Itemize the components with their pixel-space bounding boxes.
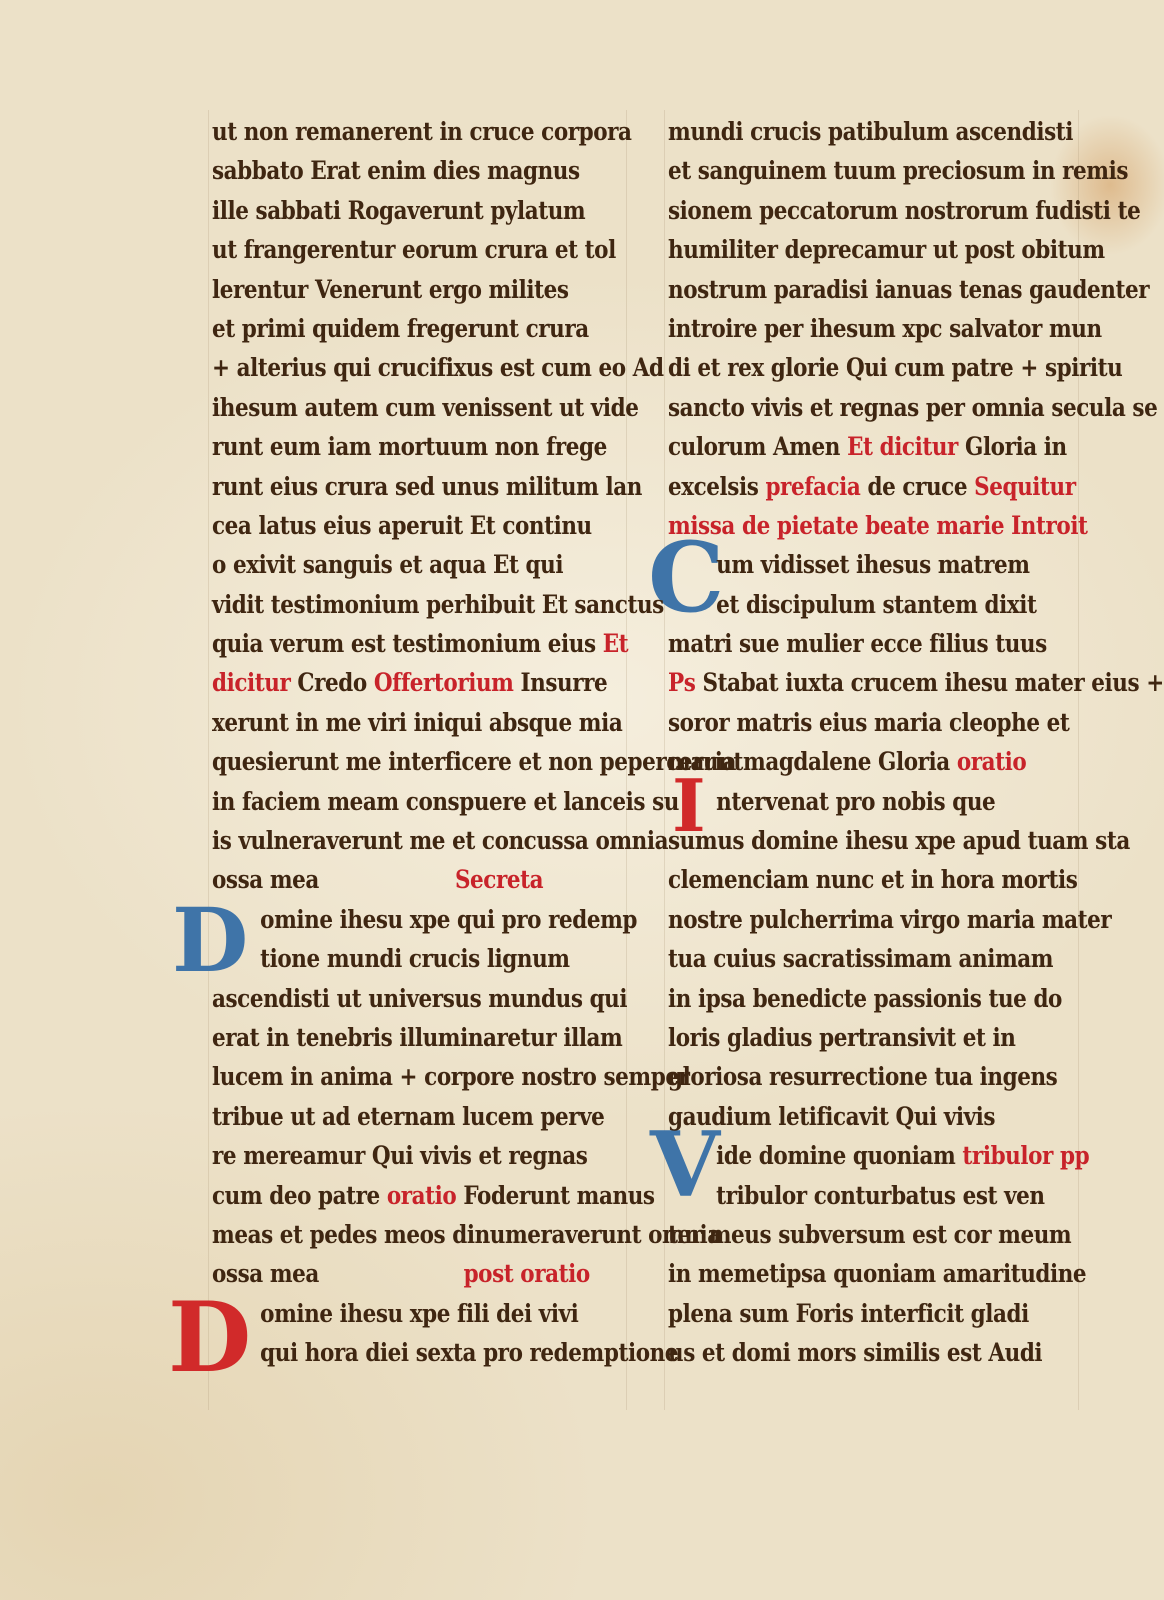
text-line: ihesum autem cum venissent ut vide xyxy=(212,388,573,427)
text-line: tribue ut ad eternam lucem perve xyxy=(212,1097,573,1136)
text-line: et discipulum stantem dixit xyxy=(668,585,1029,624)
text-line: ntervenat pro nobis que xyxy=(668,782,1029,821)
text-line: re mereamur Qui vivis et regnas xyxy=(212,1136,573,1175)
text-line: introire per ihesum xpc salvator mun xyxy=(668,309,1029,348)
text-line: mundi crucis patibulum ascendisti xyxy=(668,112,1029,151)
text-span: cum deo patre xyxy=(212,1181,380,1210)
text-span: culorum Amen xyxy=(668,432,840,461)
text-line: gloriosa resurrectione tua ingens xyxy=(668,1057,1029,1096)
text-span: Gloria in xyxy=(965,432,1067,461)
text-line: us et domi mors similis est Audi xyxy=(668,1333,1029,1372)
text-line: Ps Stabat iuxta crucem ihesu mater eius … xyxy=(668,663,1029,702)
text-line: et primi quidem fregerunt crura xyxy=(212,309,573,348)
text-span: excelsis xyxy=(668,472,758,501)
text-line: culorum Amen Et dicitur Gloria in xyxy=(668,427,1029,466)
rubric-offertorium: Offertorium xyxy=(374,668,514,697)
text-line: ossa mea post oratio xyxy=(212,1254,573,1293)
text-line: lerentur Venerunt ergo milites xyxy=(212,270,573,309)
rubric-prefacia: prefacia xyxy=(765,472,860,501)
text-line: plena sum Foris interficit gladi xyxy=(668,1294,1029,1333)
text-line: loris gladius pertransivit et in xyxy=(668,1018,1029,1057)
text-line: ut frangerentur eorum crura et tol xyxy=(212,230,573,269)
text-line: runt eius crura sed unus militum lan xyxy=(212,467,573,506)
text-span: de cruce xyxy=(867,472,967,501)
text-span: Foderunt manus xyxy=(463,1181,654,1210)
text-line: sancto vivis et regnas per omnia secula … xyxy=(668,388,1029,427)
text-line: runt eum iam mortuum non frege xyxy=(212,427,573,466)
rubric-oratio: oratio xyxy=(957,747,1026,776)
text-line: nostrum paradisi ianuas tenas gaudenter xyxy=(668,270,1029,309)
text-line: vidit testimonium perhibuit Et sanctus xyxy=(212,585,573,624)
text-line: ille sabbati Rogaverunt pylatum xyxy=(212,191,573,230)
text-line: sionem peccatorum nostrorum fudisti te xyxy=(668,191,1029,230)
text-line: et sanguinem tuum preciosum in remis xyxy=(668,151,1029,190)
text-line: humiliter deprecamur ut post obitum xyxy=(668,230,1029,269)
text-line: is vulneraverunt me et concussa omnia xyxy=(212,821,573,860)
text-span: Credo xyxy=(297,668,366,697)
text-line: quesierunt me interficere et non peperce… xyxy=(212,742,573,781)
text-line: ut non remanerent in cruce corpora xyxy=(212,112,573,151)
text-line: gaudium letificavit Qui vivis xyxy=(668,1097,1029,1136)
text-line: quia verum est testimonium eius Et xyxy=(212,624,573,663)
text-line: tua cuius sacratissimam animam xyxy=(668,939,1029,978)
text-span: ossa mea xyxy=(212,1259,319,1288)
text-line: nostre pulcherrima virgo maria mater xyxy=(668,900,1029,939)
text-line: ascendisti ut universus mundus qui xyxy=(212,979,573,1018)
ruling-line xyxy=(208,110,209,1410)
text-line: sabbato Erat enim dies magnus xyxy=(212,151,573,190)
text-line: omine ihesu xpe qui pro redemp xyxy=(212,900,573,939)
text-line: xerunt in me viri iniqui absque mia xyxy=(212,703,573,742)
text-span: maria magdalene Gloria xyxy=(668,747,950,776)
text-span: Stabat iuxta crucem ihesu mater eius + xyxy=(702,668,1163,697)
text-line: in memetipsa quoniam amaritudine xyxy=(668,1254,1029,1293)
text-span: ide domine quoniam xyxy=(716,1141,955,1170)
text-line: clemenciam nunc et in hora mortis xyxy=(668,860,1029,899)
text-line: ide domine quoniam tribulor pp xyxy=(668,1136,1029,1175)
text-line: maria magdalene Gloria oratio xyxy=(668,742,1029,781)
text-line: lucem in anima + corpore nostro semper xyxy=(212,1057,573,1096)
text-line: ossa mea Secreta xyxy=(212,860,573,899)
rubric-oratio: oratio xyxy=(387,1181,456,1210)
text-line: dicitur Credo Offertorium Insurre xyxy=(212,663,573,702)
text-line: matri sue mulier ecce filius tuus xyxy=(668,624,1029,663)
text-line: meas et pedes meos dinumeraverunt omnia xyxy=(212,1215,573,1254)
rubric: Et xyxy=(603,629,628,658)
text-line: tribulor conturbatus est ven xyxy=(668,1176,1029,1215)
rubric-secreta: Secreta xyxy=(455,865,543,894)
rubric-et-dicitur: Et dicitur xyxy=(847,432,958,461)
text-line: ter meus subversum est cor meum xyxy=(668,1215,1029,1254)
text-line: tione mundi crucis lignum xyxy=(212,939,573,978)
right-text-column: mundi crucis patibulum ascendisti et san… xyxy=(668,112,1088,1373)
text-line: + alterius qui crucifixus est cum eo Ad xyxy=(212,348,573,387)
text-line: sumus domine ihesu xpe apud tuam sta xyxy=(668,821,1029,860)
rubric-post-oratio: post oratio xyxy=(464,1259,590,1288)
text-line: di et rex glorie Qui cum patre + spiritu xyxy=(668,348,1029,387)
rubric: tribulor pp xyxy=(962,1141,1089,1170)
rubric: dicitur xyxy=(212,668,290,697)
text-span: Insurre xyxy=(521,668,608,697)
text-line: cea latus eius aperuit Et continu xyxy=(212,506,573,545)
text-line: erat in tenebris illuminaretur illam xyxy=(212,1018,573,1057)
text-line: omine ihesu xpe fili dei vivi xyxy=(212,1294,573,1333)
text-line: o exivit sanguis et aqua Et qui xyxy=(212,545,573,584)
text-span: ossa mea xyxy=(212,865,319,894)
text-line: qui hora diei sexta pro redemptione xyxy=(212,1333,573,1372)
text-line: excelsis prefacia de cruce Sequitur xyxy=(668,467,1029,506)
left-text-column: ut non remanerent in cruce corpora sabba… xyxy=(212,112,632,1373)
text-span: quia verum est testimonium eius xyxy=(212,629,596,658)
rubric-sequitur: Sequitur xyxy=(974,472,1075,501)
text-line: um vidisset ihesus matrem xyxy=(668,545,1029,584)
rubric-psalm: Ps xyxy=(668,668,695,697)
text-line: in ipsa benedicte passionis tue do xyxy=(668,979,1029,1018)
rubric-line: missa de pietate beate marie Introit xyxy=(668,506,1029,545)
text-line: soror matris eius maria cleophe et xyxy=(668,703,1029,742)
text-line: cum deo patre oratio Foderunt manus xyxy=(212,1176,573,1215)
text-line: in faciem meam conspuere et lanceis su xyxy=(212,782,573,821)
